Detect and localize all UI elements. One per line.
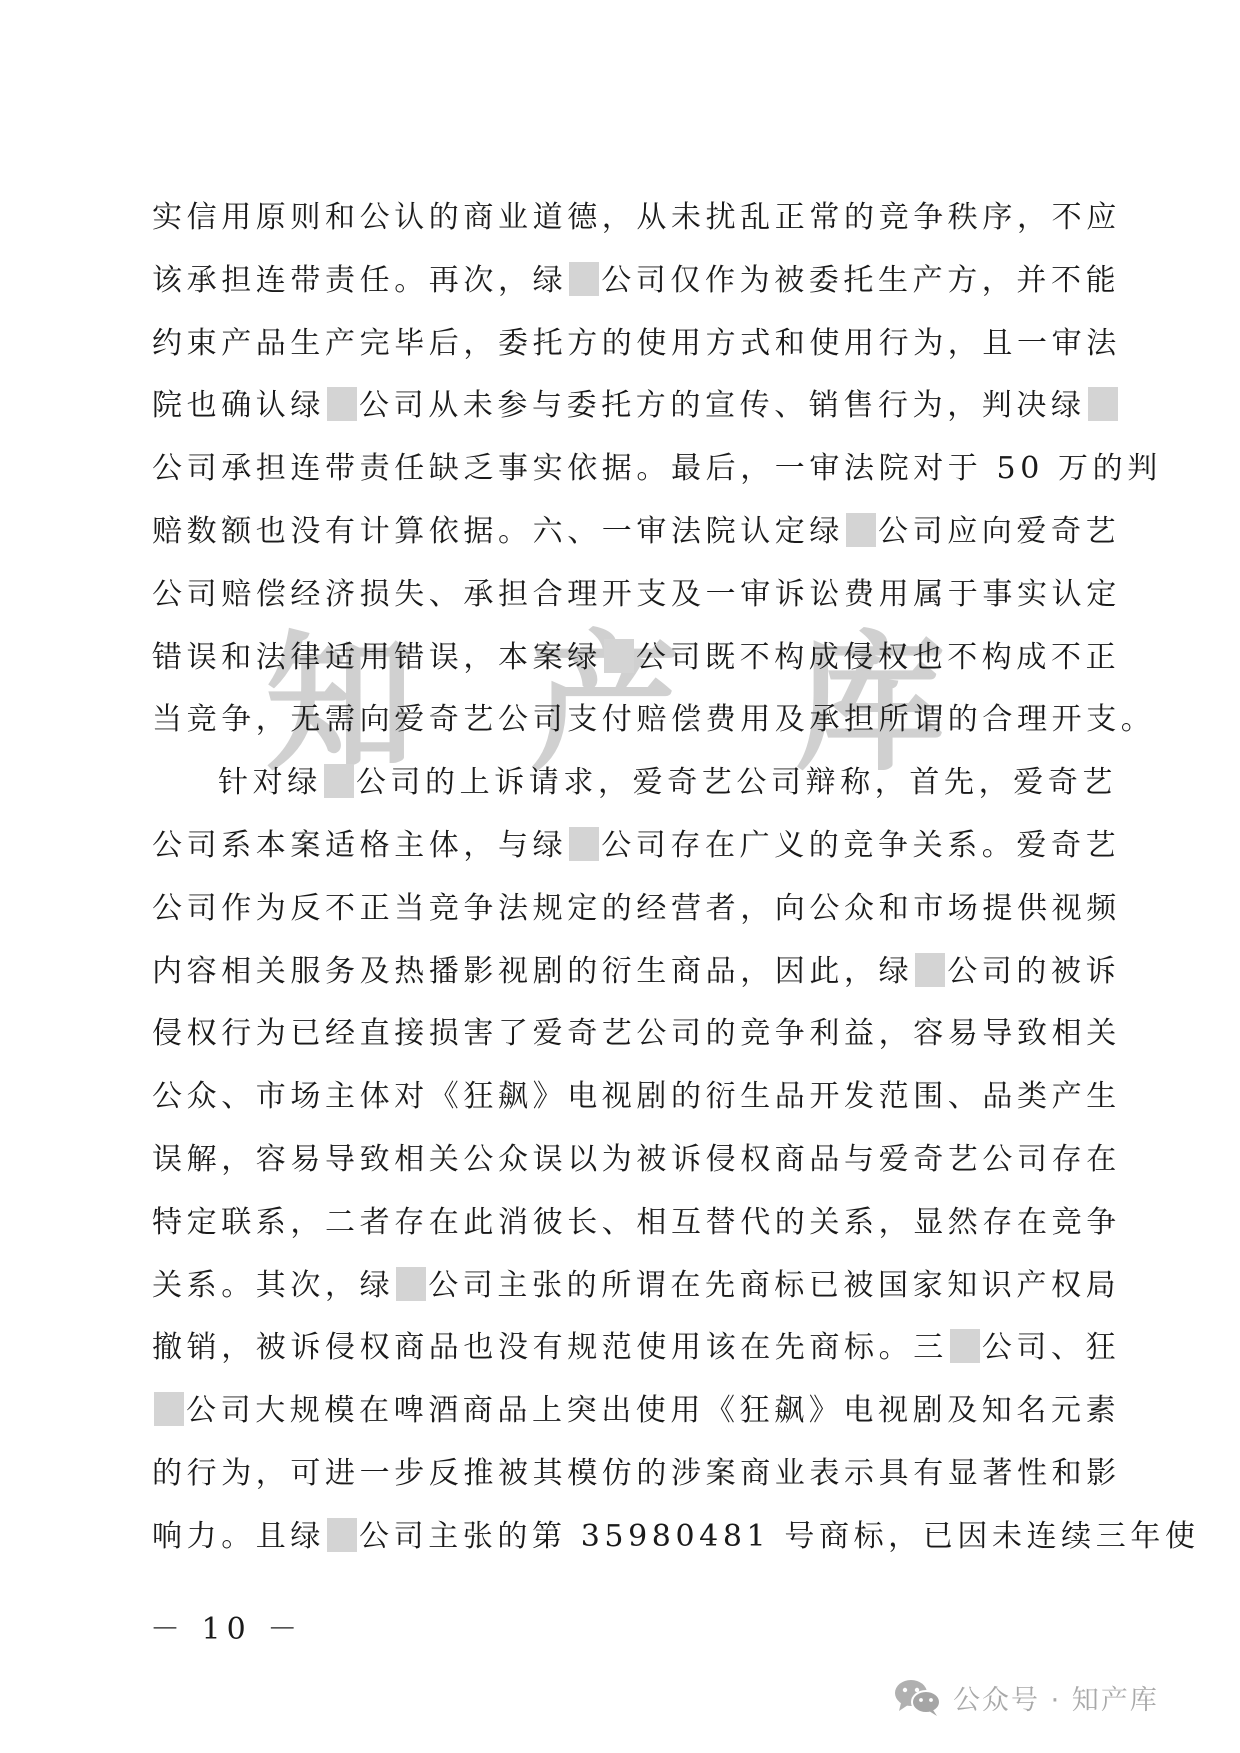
text-line: 关系。其次，绿公司主张的所谓在先商标已被国家知识产权局 bbox=[152, 1255, 1087, 1318]
text-line: 公司系本案适格主体，与绿公司存在广义的竞争关系。爱奇艺 bbox=[152, 815, 1087, 878]
text-segment: 错误和法律适用错误，本案绿 bbox=[152, 640, 602, 675]
text-line: 公司大规模在啤酒商品上突出使用《狂飙》电视剧及知名元素 bbox=[152, 1380, 1087, 1443]
text-line: 公司承担连带责任缺乏事实依据。最后，一审法院对于 50 万的判 bbox=[152, 438, 1087, 501]
redaction-block bbox=[324, 764, 354, 798]
text-line: 公众、市场主体对《狂飙》电视剧的衍生品开发范围、品类产生 bbox=[152, 1066, 1087, 1129]
text-segment: 内容相关服务及热播影视剧的衍生商品，因此，绿 bbox=[152, 954, 913, 989]
redaction-block bbox=[915, 953, 945, 987]
document-page: 知 产 库 实信用原则和公认的商业道德，从未扰乱正常的竞争秩序，不应该承担连带责… bbox=[0, 0, 1240, 1753]
text-segment: 的行为，可进一步反推被其模仿的涉案商业表示具有显著性和影 bbox=[152, 1456, 1121, 1491]
text-segment: 公司赔偿经济损失、承担合理开支及一审诉讼费用属于事实认定 bbox=[152, 577, 1121, 612]
text-segment: 公司大规模在啤酒商品上突出使用《狂飙》电视剧及知名元素 bbox=[186, 1393, 1120, 1428]
text-line: 特定联系，二者存在此消彼长、相互替代的关系，显然存在竞争 bbox=[152, 1192, 1087, 1255]
redaction-block bbox=[154, 1392, 184, 1426]
text-line: 公司赔偿经济损失、承担合理开支及一审诉讼费用属于事实认定 bbox=[152, 564, 1087, 627]
text-line: 实信用原则和公认的商业道德，从未扰乱正常的竞争秩序，不应 bbox=[152, 187, 1087, 250]
text-segment: 公司仅作为被委托生产方，并不能 bbox=[601, 263, 1120, 298]
text-segment: 公众、市场主体对《狂飙》电视剧的衍生品开发范围、品类产生 bbox=[152, 1079, 1121, 1114]
text-segment: 公司作为反不正当竞争法规定的经营者，向公众和市场提供视频 bbox=[152, 891, 1121, 926]
text-line: 撤销，被诉侵权商品也没有规范使用该在先商标。三公司、狂 bbox=[152, 1317, 1087, 1380]
text-segment: 公司的被诉 bbox=[947, 954, 1120, 989]
text-line: 的行为，可进一步反推被其模仿的涉案商业表示具有显著性和影 bbox=[152, 1443, 1087, 1506]
text-segment: 公司主张的所谓在先商标已被国家知识产权局 bbox=[428, 1268, 1120, 1303]
text-segment: 公司承担连带责任缺乏事实依据。最后，一审法院对于 50 万的判 bbox=[152, 451, 1162, 486]
text-segment: 响力。且绿 bbox=[152, 1519, 325, 1554]
text-segment: 关系。其次，绿 bbox=[152, 1268, 394, 1303]
text-segment: 该承担连带责任。再次，绿 bbox=[152, 263, 567, 298]
text-segment: 公司主张的第 35980481 号商标，已因未连续三年使 bbox=[359, 1519, 1200, 1554]
text-segment: 特定联系，二者存在此消彼长、相互替代的关系，显然存在竞争 bbox=[152, 1205, 1121, 1240]
redaction-block bbox=[396, 1267, 426, 1301]
redaction-block bbox=[327, 1518, 357, 1552]
text-segment: 误解，容易导致相关公众误以为被诉侵权商品与爱奇艺公司存在 bbox=[152, 1142, 1121, 1177]
text-segment: 实信用原则和公认的商业道德，从未扰乱正常的竞争秩序，不应 bbox=[152, 200, 1121, 235]
text-segment: 公司从未参与委托方的宣传、销售行为，判决绿 bbox=[359, 388, 1086, 423]
text-segment: 撤销，被诉侵权商品也没有规范使用该在先商标。三 bbox=[152, 1330, 948, 1365]
text-line: 内容相关服务及热播影视剧的衍生商品，因此，绿公司的被诉 bbox=[152, 941, 1087, 1004]
footer-label: 公众号 · 知产库 bbox=[953, 1678, 1159, 1717]
text-line: 约束产品生产完毕后，委托方的使用方式和使用行为，且一审法 bbox=[152, 313, 1087, 376]
redaction-block bbox=[1088, 387, 1118, 421]
redaction-block bbox=[569, 827, 599, 861]
text-line: 当竞争，无需向爱奇艺公司支付赔偿费用及承担所谓的合理开支。 bbox=[152, 689, 1087, 752]
text-line: 错误和法律适用错误，本案绿公司既不构成侵权也不构成不正 bbox=[152, 627, 1087, 690]
text-segment: 当竞争，无需向爱奇艺公司支付赔偿费用及承担所谓的合理开支。 bbox=[152, 702, 1155, 737]
text-line: 该承担连带责任。再次，绿公司仅作为被委托生产方，并不能 bbox=[152, 250, 1087, 313]
redaction-block bbox=[327, 387, 357, 421]
text-segment: 公司系本案适格主体，与绿 bbox=[152, 828, 567, 863]
redaction-block bbox=[846, 513, 876, 547]
footer-brand: 公众号 · 知产库 bbox=[893, 1677, 1159, 1717]
wechat-icon bbox=[893, 1677, 943, 1717]
text-line: 响力。且绿公司主张的第 35980481 号商标，已因未连续三年使 bbox=[152, 1506, 1087, 1569]
redaction-block bbox=[950, 1329, 980, 1363]
text-segment: 公司、狂 bbox=[982, 1330, 1120, 1365]
text-segment: 公司的上诉请求，爱奇艺公司辩称，首先，爱奇艺 bbox=[356, 765, 1117, 800]
redaction-block bbox=[604, 639, 634, 673]
redaction-block bbox=[569, 262, 599, 296]
text-line: 院也确认绿公司从未参与委托方的宣传、销售行为，判决绿 bbox=[152, 375, 1087, 438]
text-segment: 公司既不构成侵权也不构成不正 bbox=[636, 640, 1120, 675]
text-line: 侵权行为已经直接损害了爱奇艺公司的竞争利益，容易导致相关 bbox=[152, 1003, 1087, 1066]
text-line: 误解，容易导致相关公众误以为被诉侵权商品与爱奇艺公司存在 bbox=[152, 1129, 1087, 1192]
text-segment: 针对绿 bbox=[218, 765, 322, 800]
document-body: 实信用原则和公认的商业道德，从未扰乱正常的竞争秩序，不应该承担连带责任。再次，绿… bbox=[152, 187, 1087, 1569]
text-line: 针对绿公司的上诉请求，爱奇艺公司辩称，首先，爱奇艺 bbox=[152, 752, 1087, 815]
text-segment: 公司存在广义的竞争关系。爱奇艺 bbox=[601, 828, 1120, 863]
text-segment: 约束产品生产完毕后，委托方的使用方式和使用行为，且一审法 bbox=[152, 326, 1121, 361]
text-line: 赔数额也没有计算依据。六、一审法院认定绿公司应向爱奇艺 bbox=[152, 501, 1087, 564]
text-segment: 院也确认绿 bbox=[152, 388, 325, 423]
text-segment: 赔数额也没有计算依据。六、一审法院认定绿 bbox=[152, 514, 844, 549]
text-line: 公司作为反不正当竞争法规定的经营者，向公众和市场提供视频 bbox=[152, 878, 1087, 941]
text-segment: 侵权行为已经直接损害了爱奇艺公司的竞争利益，容易导致相关 bbox=[152, 1016, 1121, 1051]
page-number: － 10 － bbox=[150, 1604, 303, 1648]
text-segment: 公司应向爱奇艺 bbox=[878, 514, 1120, 549]
